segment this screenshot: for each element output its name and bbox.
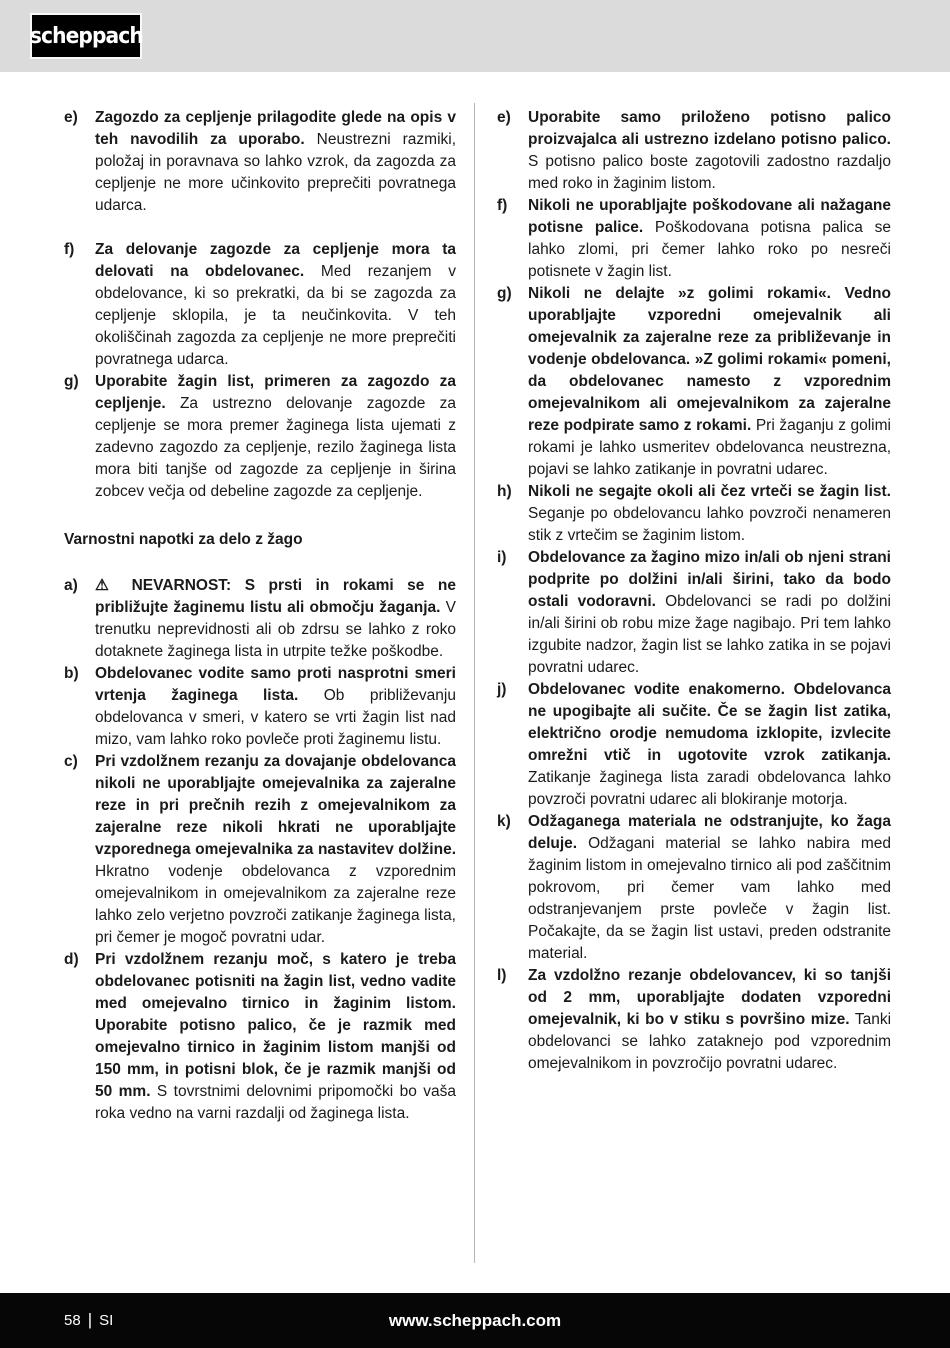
list-item: l) Za vzdolžno rezanje obdelovancev, ki … <box>497 965 891 1075</box>
right-column: e) Uporabite samo priloženo potisno pali… <box>497 107 891 1075</box>
item-text-regular: Hkratno vodenje obdelovanca z vzporednim… <box>95 863 456 946</box>
item-text: ⚠ NEVARNOST: S prsti in rokami se ne pri… <box>95 575 456 663</box>
item-letter: c) <box>64 751 95 949</box>
item-text-bold: Uporabite samo priloženo potisno palico … <box>528 109 891 148</box>
list-item: i) Obdelovance za žagino mizo in/ali ob … <box>497 547 891 679</box>
item-letter: d) <box>64 949 95 1125</box>
item-text-bold: Pri vzdolžnem rezanju za dovajanje obdel… <box>95 753 456 858</box>
item-text-bold: Za vzdolžno rezanje obdelovancev, ki so … <box>528 967 891 1028</box>
item-text: Nikoli ne delajte »z golimi rokami«. Ved… <box>528 283 891 481</box>
list-item: f) Nikoli ne uporabljajte poškodovane al… <box>497 195 891 283</box>
item-text-regular: Zatikanje žaginega lista zaradi obdelova… <box>528 769 891 808</box>
list-item: d) Pri vzdolžnem rezanju moč, s katero j… <box>64 949 456 1125</box>
page-footer: 58 | SI www.scheppach.com <box>0 1293 950 1348</box>
item-text: Za vzdolžno rezanje obdelovancev, ki so … <box>528 965 891 1075</box>
item-letter: b) <box>64 663 95 751</box>
manual-page: scheppach e) Zagozdo za cepljenje prilag… <box>0 0 950 1348</box>
item-text-regular: Seganje po obdelovancu lahko povzroči ne… <box>528 505 891 544</box>
item-text: Obdelovanec vodite enakomerno. Obdelovan… <box>528 679 891 811</box>
item-text: Obdelovanec vodite samo proti nasprotni … <box>95 663 456 751</box>
item-letter: g) <box>497 283 528 481</box>
item-text-bold: Nikoli ne segajte okoli ali čez vrteči s… <box>528 483 891 500</box>
scheppach-logo: scheppach <box>30 13 142 59</box>
item-letter: k) <box>497 811 528 965</box>
list-item: b) Obdelovanec vodite samo proti nasprot… <box>64 663 456 751</box>
column-divider <box>474 103 475 1263</box>
item-text-bold: NEVARNOST: S prsti in rokami se ne pribl… <box>95 577 456 616</box>
section-heading: Varnostni napotki za delo z žago <box>64 529 456 551</box>
item-letter: f) <box>497 195 528 283</box>
warning-icon: ⚠ <box>95 577 118 594</box>
list-item: k) Odžaganega materiala ne odstranjujte,… <box>497 811 891 965</box>
list-item: g) Nikoli ne delajte »z golimi rokami«. … <box>497 283 891 481</box>
item-text: Obdelovance za žagino mizo in/ali ob nje… <box>528 547 891 679</box>
item-text: Za delovanje zagozde za cepljenje mora t… <box>95 239 456 371</box>
item-text: Pri vzdolžnem rezanju moč, s katero je t… <box>95 949 456 1125</box>
item-text: Zagozdo za cepljenje prilagodite glede n… <box>95 107 456 217</box>
list-item: a) ⚠ NEVARNOST: S prsti in rokami se ne … <box>64 575 456 663</box>
item-letter: h) <box>497 481 528 547</box>
item-text-regular: Odžagani material se lahko nabira med ža… <box>528 835 891 962</box>
item-letter: g) <box>64 371 95 503</box>
item-text-bold: Nikoli ne delajte »z golimi rokami«. Ved… <box>528 285 891 434</box>
item-text: Odžaganega materiala ne odstranjujte, ko… <box>528 811 891 965</box>
item-letter: j) <box>497 679 528 811</box>
list-item: c) Pri vzdolžnem rezanju za dovajanje ob… <box>64 751 456 949</box>
list-item: g) Uporabite žagin list, primeren za zag… <box>64 371 456 503</box>
item-letter: l) <box>497 965 528 1075</box>
item-letter: f) <box>64 239 95 371</box>
item-letter: e) <box>497 107 528 195</box>
item-text: Pri vzdolžnem rezanju za dovajanje obdel… <box>95 751 456 949</box>
page-header: scheppach <box>0 0 950 72</box>
item-text-bold: Obdelovanec vodite enakomerno. Obdelovan… <box>528 681 891 764</box>
list-item: e) Zagozdo za cepljenje prilagodite gled… <box>64 107 456 217</box>
item-letter: e) <box>64 107 95 217</box>
website-url: www.scheppach.com <box>0 1311 950 1331</box>
item-text: Nikoli ne segajte okoli ali čez vrteči s… <box>528 481 891 547</box>
item-text: Nikoli ne uporabljajte poškodovane ali n… <box>528 195 891 283</box>
item-letter: i) <box>497 547 528 679</box>
logo-text: scheppach <box>30 24 143 49</box>
list-item: f) Za delovanje zagozde za cepljenje mor… <box>64 239 456 371</box>
list-item: j) Obdelovanec vodite enakomerno. Obdelo… <box>497 679 891 811</box>
item-text-regular: S potisno palico boste zagotovili zadost… <box>528 153 891 192</box>
item-text: Uporabite žagin list, primeren za zagozd… <box>95 371 456 503</box>
list-item: h) Nikoli ne segajte okoli ali čez vrteč… <box>497 481 891 547</box>
item-text-bold: Pri vzdolžnem rezanju moč, s katero je t… <box>95 951 456 1100</box>
item-letter: a) <box>64 575 95 663</box>
list-item: e) Uporabite samo priloženo potisno pali… <box>497 107 891 195</box>
left-column: e) Zagozdo za cepljenje prilagodite gled… <box>64 107 456 1125</box>
item-text: Uporabite samo priloženo potisno palico … <box>528 107 891 195</box>
